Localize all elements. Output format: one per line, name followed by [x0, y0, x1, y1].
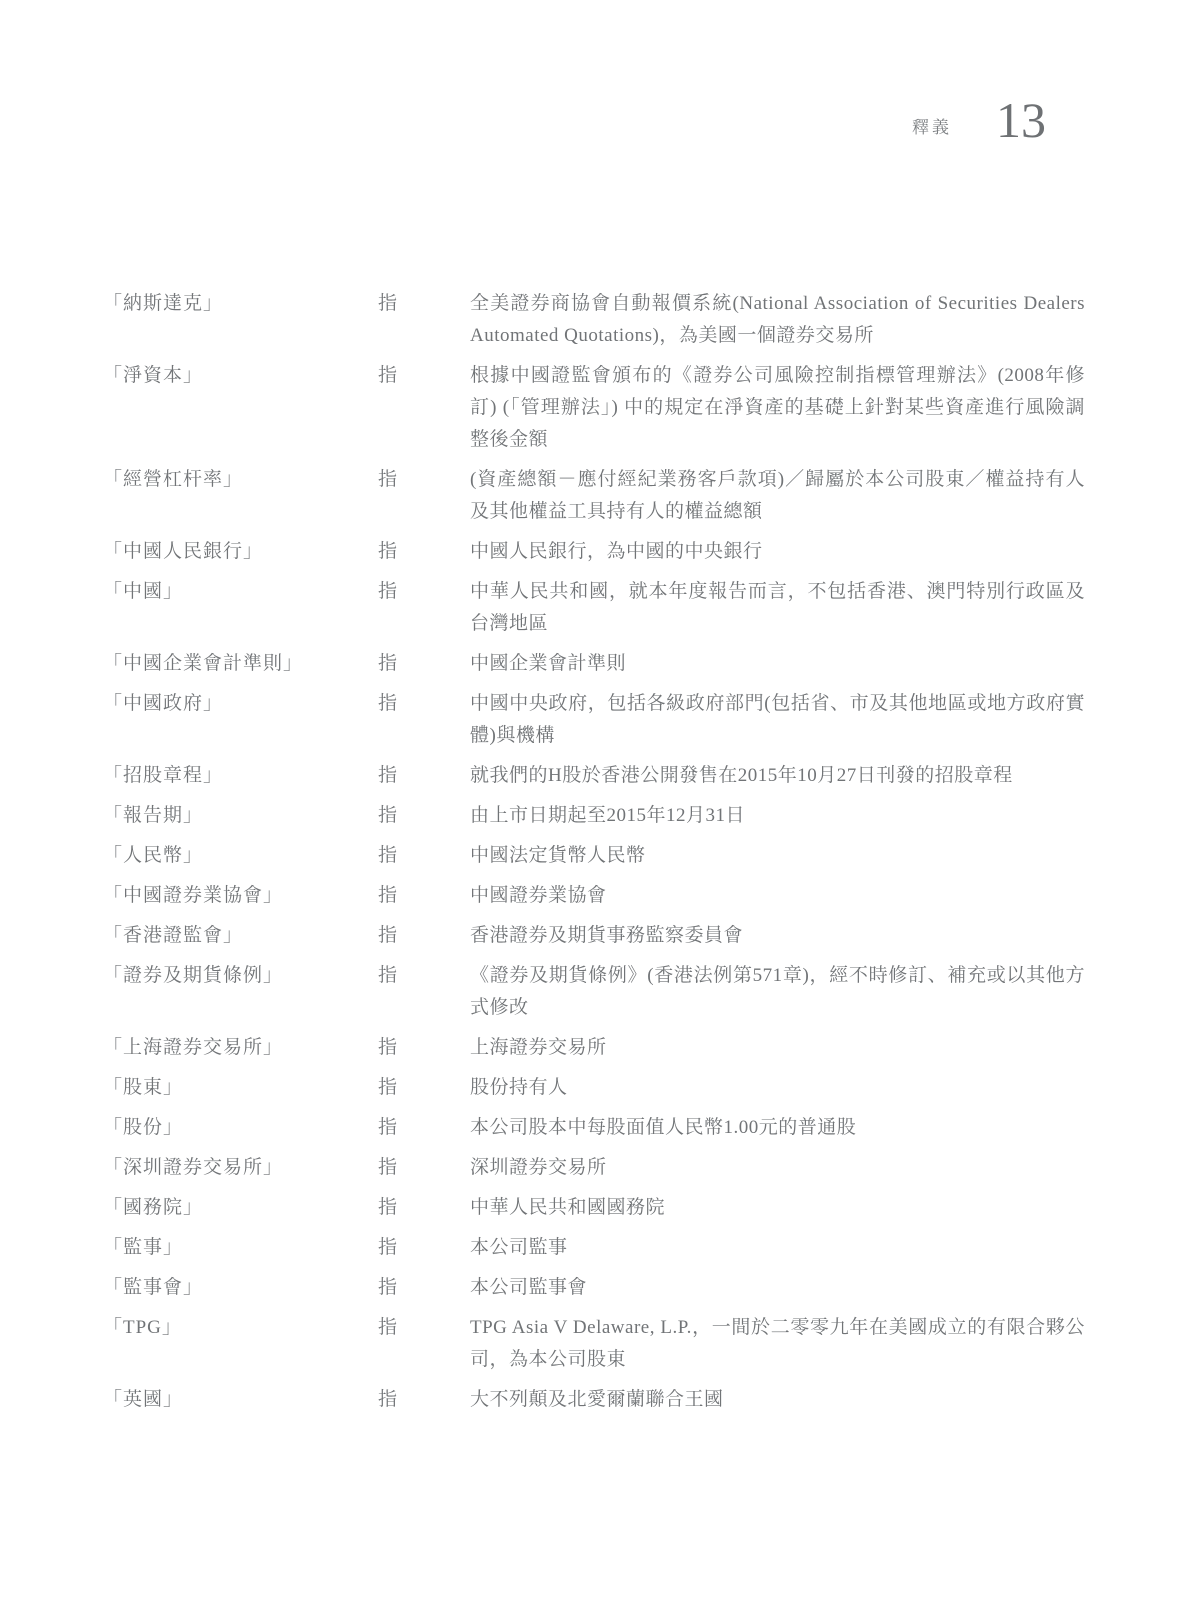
definition-row: 「深圳證券交易所」 指 深圳證券交易所 [103, 1152, 1085, 1184]
definition-row: 「證券及期貨條例」 指 《證券及期貨條例》(香港法例第571章)，經不時修訂、補… [103, 960, 1085, 1024]
means-label: 指 [378, 576, 470, 608]
definition-text: 中國證券業協會 [470, 880, 1085, 912]
means-label: 指 [378, 800, 470, 832]
definition-row: 「報告期」 指 由上市日期起至2015年12月31日 [103, 800, 1085, 832]
means-label: 指 [378, 464, 470, 496]
definition-term: 「香港證監會」 [103, 920, 378, 952]
means-label: 指 [378, 288, 470, 320]
definition-term: 「中國企業會計準則」 [103, 648, 378, 680]
definition-text: 本公司監事 [470, 1232, 1085, 1264]
definition-row: 「淨資本」 指 根據中國證監會頒布的《證券公司風險控制指標管理辦法》(2008年… [103, 360, 1085, 456]
definition-text: TPG Asia V Delaware, L.P.，一間於二零零九年在美國成立的… [470, 1312, 1085, 1376]
definition-term: 「深圳證券交易所」 [103, 1152, 378, 1184]
means-label: 指 [378, 1232, 470, 1264]
definition-row: 「中國政府」 指 中國中央政府，包括各級政府部門(包括省、市及其他地區或地方政府… [103, 688, 1085, 752]
means-label: 指 [378, 1384, 470, 1416]
definition-term: 「經營杠杆率」 [103, 464, 378, 496]
definition-row: 「中國證券業協會」 指 中國證券業協會 [103, 880, 1085, 912]
definition-text: 就我們的H股於香港公開發售在2015年10月27日刊發的招股章程 [470, 760, 1085, 792]
means-label: 指 [378, 1312, 470, 1344]
means-label: 指 [378, 920, 470, 952]
definition-row: 「中國」 指 中華人民共和國，就本年度報告而言，不包括香港、澳門特別行政區及台灣… [103, 576, 1085, 640]
definition-text: 中國中央政府，包括各級政府部門(包括省、市及其他地區或地方政府實體)與機構 [470, 688, 1085, 752]
definition-text: 《證券及期貨條例》(香港法例第571章)，經不時修訂、補充或以其他方式修改 [470, 960, 1085, 1024]
means-label: 指 [378, 648, 470, 680]
means-label: 指 [378, 1032, 470, 1064]
definition-row: 「上海證券交易所」 指 上海證券交易所 [103, 1032, 1085, 1064]
means-label: 指 [378, 360, 470, 392]
definitions-list: 「納斯達克」 指 全美證券商協會自動報價系統(National Associat… [103, 288, 1085, 1424]
means-label: 指 [378, 1272, 470, 1304]
definition-text: 本公司監事會 [470, 1272, 1085, 1304]
means-label: 指 [378, 1072, 470, 1104]
page-number: 13 [996, 95, 1046, 145]
definition-term: 「股份」 [103, 1112, 378, 1144]
definition-term: 「英國」 [103, 1384, 378, 1416]
definition-term: 「股東」 [103, 1072, 378, 1104]
definition-term: 「上海證券交易所」 [103, 1032, 378, 1064]
definition-term: 「淨資本」 [103, 360, 378, 392]
means-label: 指 [378, 880, 470, 912]
definition-row: 「TPG」 指 TPG Asia V Delaware, L.P.，一間於二零零… [103, 1312, 1085, 1376]
definition-term: 「監事會」 [103, 1272, 378, 1304]
definition-text: 本公司股本中每股面值人民幣1.00元的普通股 [470, 1112, 1085, 1144]
means-label: 指 [378, 1112, 470, 1144]
definition-term: 「監事」 [103, 1232, 378, 1264]
definition-text: 股份持有人 [470, 1072, 1085, 1104]
definition-row: 「股份」 指 本公司股本中每股面值人民幣1.00元的普通股 [103, 1112, 1085, 1144]
definition-text: 中國法定貨幣人民幣 [470, 840, 1085, 872]
means-label: 指 [378, 1192, 470, 1224]
means-label: 指 [378, 536, 470, 568]
definition-term: 「招股章程」 [103, 760, 378, 792]
definition-term: 「納斯達克」 [103, 288, 378, 320]
definition-row: 「中國企業會計準則」 指 中國企業會計準則 [103, 648, 1085, 680]
definition-term: 「中國」 [103, 576, 378, 608]
definition-term: 「人民幣」 [103, 840, 378, 872]
definition-text: 由上市日期起至2015年12月31日 [470, 800, 1085, 832]
definition-row: 「招股章程」 指 就我們的H股於香港公開發售在2015年10月27日刊發的招股章… [103, 760, 1085, 792]
definition-term: 「中國政府」 [103, 688, 378, 720]
definition-text: 中華人民共和國國務院 [470, 1192, 1085, 1224]
means-label: 指 [378, 688, 470, 720]
definition-text: 根據中國證監會頒布的《證券公司風險控制指標管理辦法》(2008年修訂) (「管理… [470, 360, 1085, 456]
definition-row: 「股東」 指 股份持有人 [103, 1072, 1085, 1104]
definition-term: 「中國人民銀行」 [103, 536, 378, 568]
definition-term: 「報告期」 [103, 800, 378, 832]
definition-row: 「英國」 指 大不列顛及北愛爾蘭聯合王國 [103, 1384, 1085, 1416]
definition-row: 「人民幣」 指 中國法定貨幣人民幣 [103, 840, 1085, 872]
definition-term: 「中國證券業協會」 [103, 880, 378, 912]
definition-text: 上海證券交易所 [470, 1032, 1085, 1064]
definition-text: 大不列顛及北愛爾蘭聯合王國 [470, 1384, 1085, 1416]
definition-row: 「監事」 指 本公司監事 [103, 1232, 1085, 1264]
definition-row: 「國務院」 指 中華人民共和國國務院 [103, 1192, 1085, 1224]
definition-term: 「TPG」 [103, 1312, 378, 1344]
definition-row: 「中國人民銀行」 指 中國人民銀行，為中國的中央銀行 [103, 536, 1085, 568]
definition-row: 「監事會」 指 本公司監事會 [103, 1272, 1085, 1304]
means-label: 指 [378, 960, 470, 992]
definition-term: 「國務院」 [103, 1192, 378, 1224]
section-title: 釋義 [912, 113, 952, 145]
definition-row: 「經營杠杆率」 指 (資產總額－應付經紀業務客戶款項)／歸屬於本公司股東／權益持… [103, 464, 1085, 528]
definition-text: 香港證券及期貨事務監察委員會 [470, 920, 1085, 952]
definition-term: 「證券及期貨條例」 [103, 960, 378, 992]
definition-text: 深圳證券交易所 [470, 1152, 1085, 1184]
means-label: 指 [378, 840, 470, 872]
definition-row: 「香港證監會」 指 香港證券及期貨事務監察委員會 [103, 920, 1085, 952]
page-header: 釋義 13 [912, 95, 1046, 145]
means-label: 指 [378, 760, 470, 792]
definition-text: 全美證券商協會自動報價系統(National Association of Se… [470, 288, 1085, 352]
definition-row: 「納斯達克」 指 全美證券商協會自動報價系統(National Associat… [103, 288, 1085, 352]
means-label: 指 [378, 1152, 470, 1184]
definition-text: 中華人民共和國，就本年度報告而言，不包括香港、澳門特別行政區及台灣地區 [470, 576, 1085, 640]
definition-text: 中國人民銀行，為中國的中央銀行 [470, 536, 1085, 568]
definition-text: (資產總額－應付經紀業務客戶款項)／歸屬於本公司股東／權益持有人及其他權益工具持… [470, 464, 1085, 528]
definition-text: 中國企業會計準則 [470, 648, 1085, 680]
